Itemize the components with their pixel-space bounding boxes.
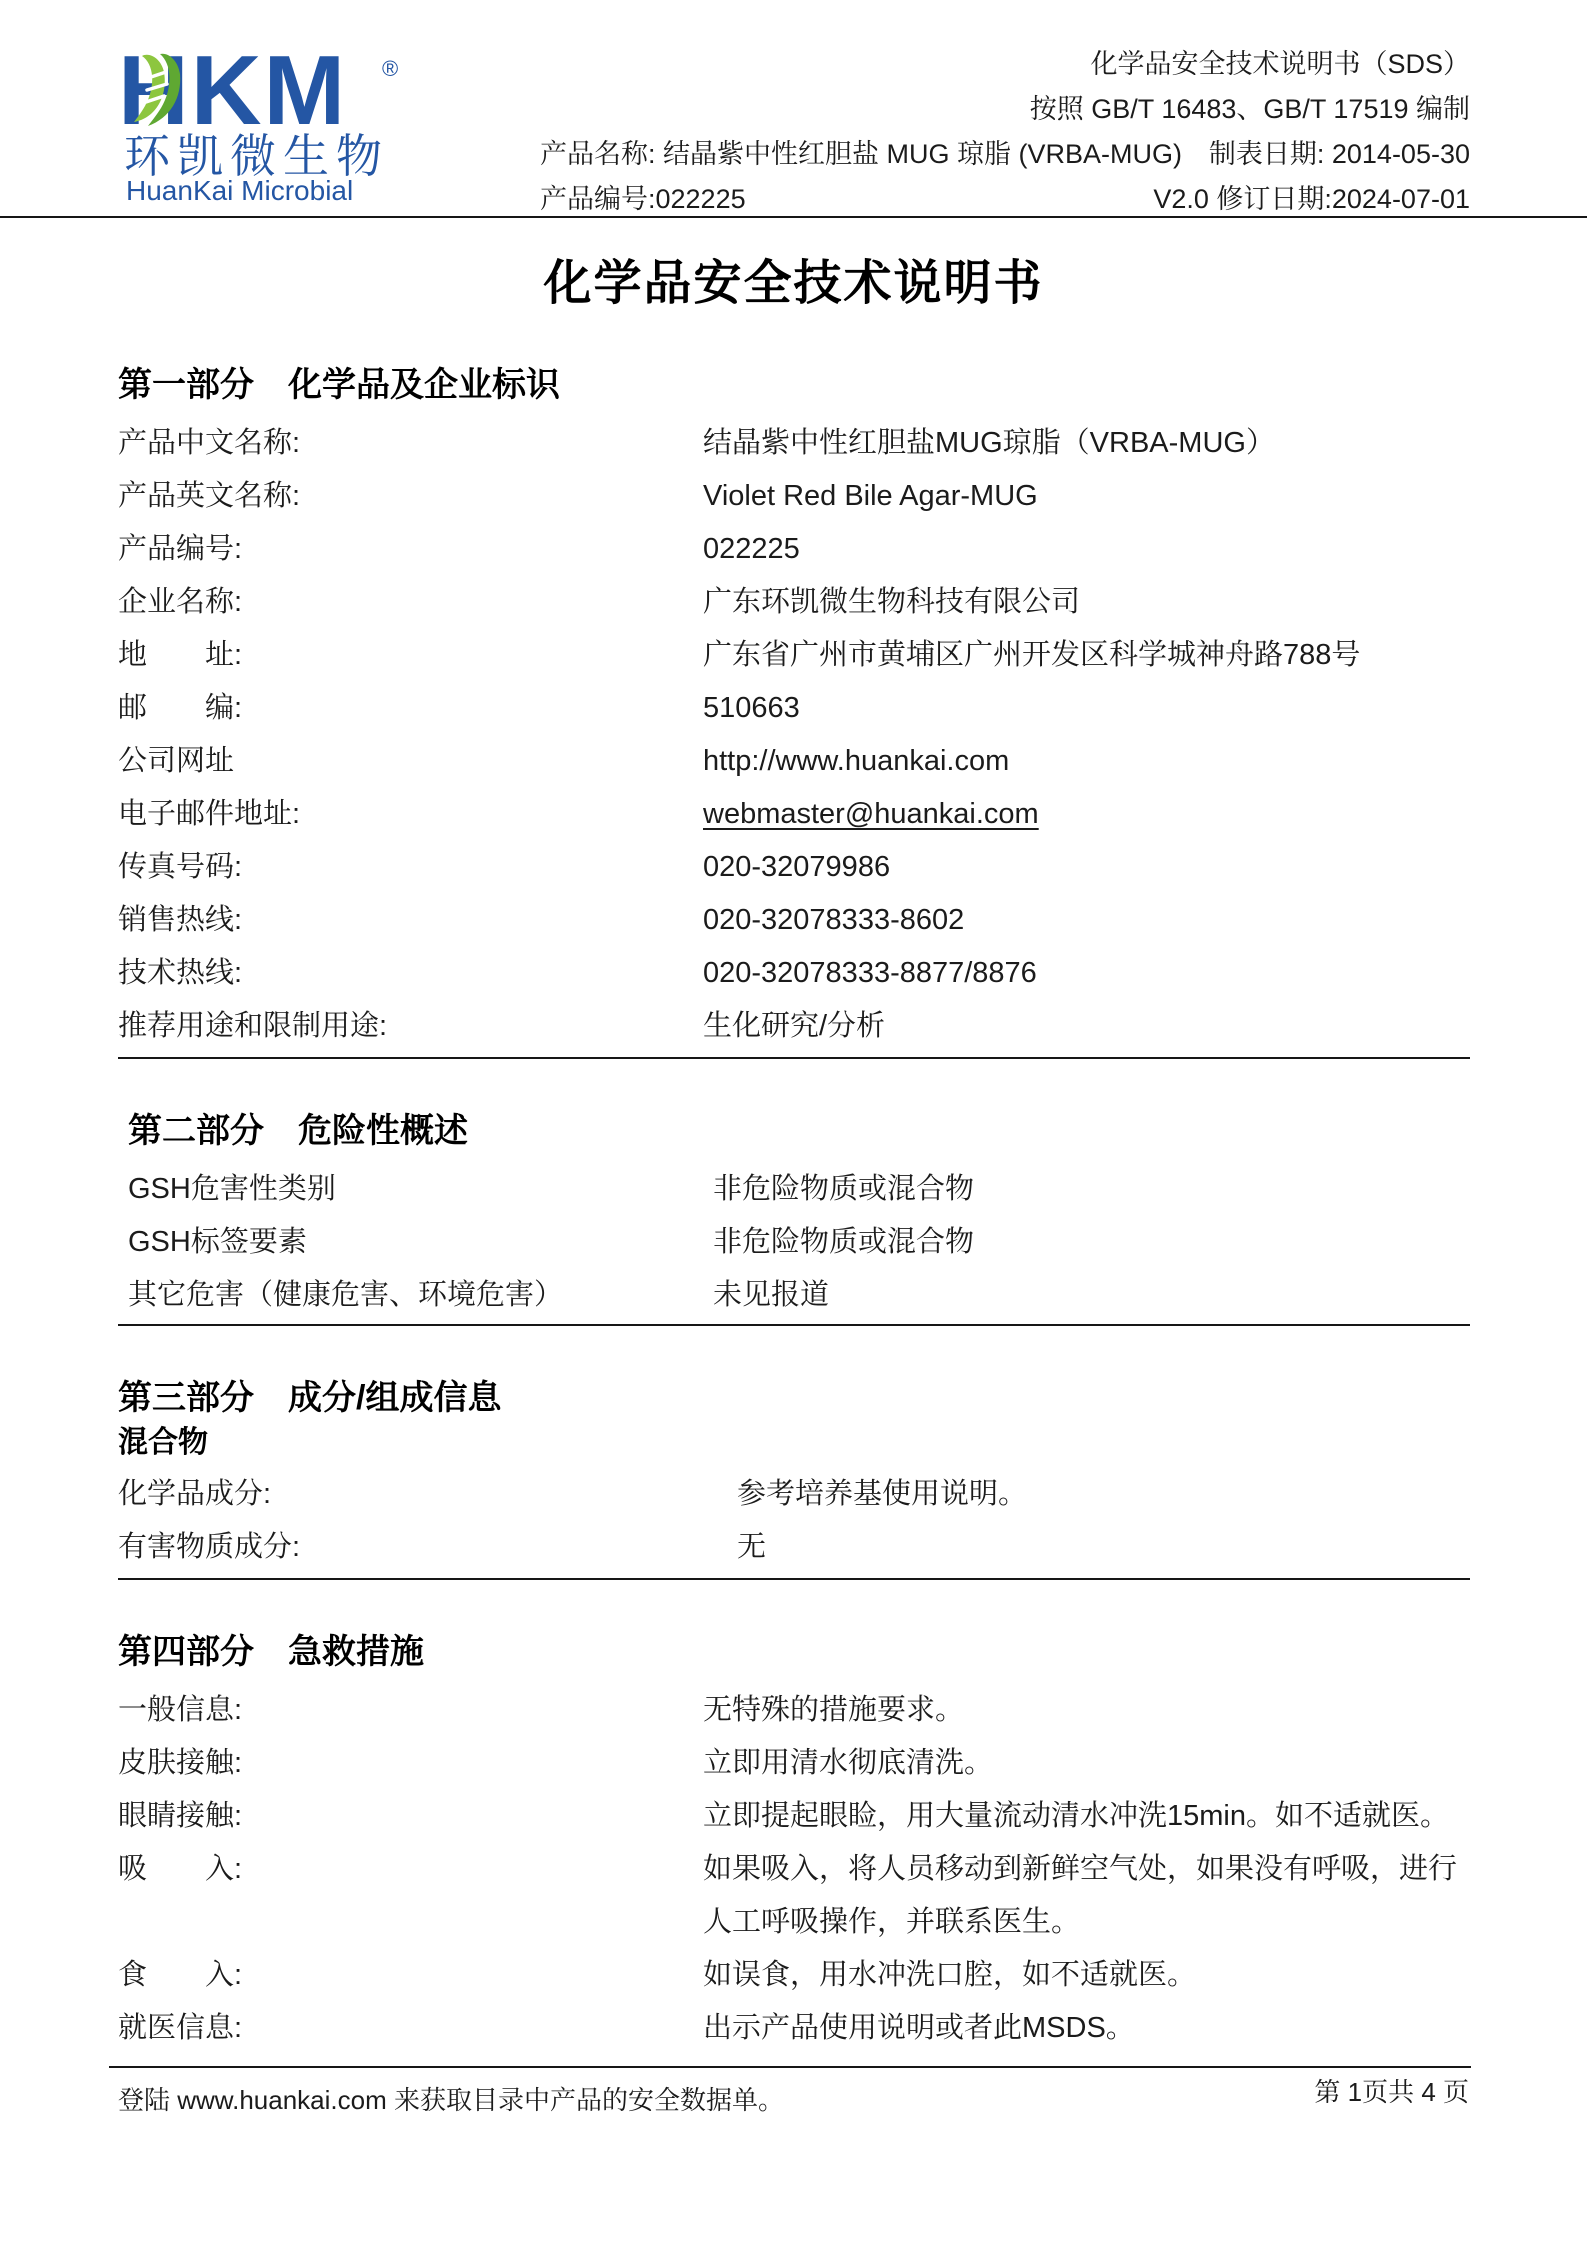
field-label: 产品编号: [118,523,703,576]
standard-line: 按照 GB/T 16483、GB/T 17519 编制 [540,87,1470,132]
section1-rows: 产品中文名称: 结晶紫中性红胆盐MUG琼脂（VRBA-MUG） 产品英文名称: … [118,417,1470,1053]
field-value: 无特殊的措施要求。 [703,1684,1470,1737]
field-row: 技术热线: 020-32078333-8877/8876 [118,947,1470,1000]
field-row: 电子邮件地址: webmaster@huankai.com [118,788,1470,841]
field-label: 推荐用途和限制用途: [118,1000,703,1053]
field-row: 销售热线: 020-32078333-8602 [118,894,1470,947]
field-label: 眼睛接触: [118,1790,703,1843]
product-code-line: 产品编号:022225 [540,177,746,222]
field-label: 化学品成分: [118,1468,737,1521]
field-value: 020-32078333-8877/8876 [703,947,1470,1000]
field-row: 食 入: 如误食，用水冲洗口腔，如不适就医。 [118,1949,1470,2002]
field-row: 邮 编: 510663 [118,682,1470,735]
field-row: 吸 入: 如果吸入，将人员移动到新鲜空气处，如果没有呼吸，进行人工呼吸操作，并联… [118,1843,1470,1949]
field-label: 地 址: [118,629,703,682]
section1-heading: 第一部分 化学品及企业标识 [118,365,1470,405]
revision-line: V2.0 修订日期:2024-07-01 [1153,177,1470,222]
field-value: 022225 [703,523,1470,576]
header-info-block: 化学品安全技术说明书（SDS） 按照 GB/T 16483、GB/T 17519… [540,42,1470,222]
section2-rows: GSH危害性类别 非危险物质或混合物 GSH标签要素 非危险物质或混合物 其它危… [128,1163,1470,1322]
sds-document-page: HKM ® 环凯微生物 HuanKai Microbial 化学品安全技术说明书… [0,0,1587,2245]
field-value: 立即用清水彻底清洗。 [703,1737,1470,1790]
field-label: 吸 入: [118,1843,703,1949]
field-row: 产品中文名称: 结晶紫中性红胆盐MUG琼脂（VRBA-MUG） [118,417,1470,470]
field-row: 产品编号: 022225 [118,523,1470,576]
product-name-line: 产品名称: 结晶紫中性红胆盐 MUG 琼脂 (VRBA-MUG) [540,132,1182,177]
section-hazards: 第二部分 危险性概述 GSH危害性类别 非危险物质或混合物 GSH标签要素 非危… [0,1111,1587,1322]
section-identification: 第一部分 化学品及企业标识 产品中文名称: 结晶紫中性红胆盐MUG琼脂（VRBA… [0,365,1587,1053]
field-value: 非危险物质或混合物 [713,1163,1470,1216]
website-value: http://www.huankai.com [703,735,1470,788]
field-row: GSH危害性类别 非危险物质或混合物 [128,1163,1470,1216]
section-divider [118,1578,1470,1580]
field-value: 未见报道 [713,1269,1470,1322]
field-value: 非危险物质或混合物 [713,1216,1470,1269]
field-row: 推荐用途和限制用途: 生化研究/分析 [118,1000,1470,1053]
field-row: 地 址: 广东省广州市黄埔区广州开发区科学城神舟路788号 [118,629,1470,682]
field-row: 化学品成分: 参考培养基使用说明。 [118,1468,1470,1521]
field-value: 020-32078333-8602 [703,894,1470,947]
field-row: 皮肤接触: 立即用清水彻底清洗。 [118,1737,1470,1790]
field-value: 020-32079986 [703,841,1470,894]
field-label: GSH标签要素 [128,1216,713,1269]
email-link[interactable]: webmaster@huankai.com [703,798,1039,830]
section3-rows: 化学品成分: 参考培养基使用说明。 有害物质成分: 无 [118,1468,1470,1574]
field-label: 电子邮件地址: [118,788,703,841]
section2-heading: 第二部分 危险性概述 [128,1111,1470,1151]
field-row: 产品英文名称: Violet Red Bile Agar-MUG [118,470,1470,523]
field-label: 产品中文名称: [118,417,703,470]
document-header: HKM ® 环凯微生物 HuanKai Microbial 化学品安全技术说明书… [0,0,1587,218]
field-value: 生化研究/分析 [703,1000,1470,1053]
field-value: 结晶紫中性红胆盐MUG琼脂（VRBA-MUG） [703,417,1470,470]
field-row: 公司网址 http://www.huankai.com [118,735,1470,788]
field-label: 皮肤接触: [118,1737,703,1790]
field-row: 眼睛接触: 立即提起眼睑，用大量流动清水冲洗15min。如不适就医。 [118,1790,1470,1843]
field-label: 销售热线: [118,894,703,947]
section-divider [118,1057,1470,1059]
field-label: 就医信息: [118,2002,703,2055]
field-row: GSH标签要素 非危险物质或混合物 [128,1216,1470,1269]
footer-note: 登陆 www.huankai.com 来获取目录中产品的安全数据单。 [118,2080,784,2117]
page-title: 化学品安全技术说明书 [0,218,1587,313]
field-label: 企业名称: [118,576,703,629]
create-date-line: 制表日期: 2014-05-30 [1209,132,1470,177]
field-label: 邮 编: [118,682,703,735]
field-row: 一般信息: 无特殊的措施要求。 [118,1684,1470,1737]
field-row: 传真号码: 020-32079986 [118,841,1470,894]
registered-trademark-icon: ® [382,56,398,81]
section4-heading: 第四部分 急救措施 [118,1632,1470,1672]
field-value: 出示产品使用说明或者此MSDS。 [703,2002,1470,2055]
section3-subheading: 混合物 [118,1418,1470,1468]
field-value: Violet Red Bile Agar-MUG [703,470,1470,523]
field-row: 其它危害（健康危害、环境危害） 未见报道 [128,1269,1470,1322]
field-label: 其它危害（健康危害、环境危害） [128,1269,713,1322]
field-label: 有害物质成分: [118,1521,737,1574]
field-row: 有害物质成分: 无 [118,1521,1470,1574]
field-label: 产品英文名称: [118,470,703,523]
section-first-aid: 第四部分 急救措施 一般信息: 无特殊的措施要求。 皮肤接触: 立即用清水彻底清… [0,1632,1587,2055]
field-value: 广东环凯微生物科技有限公司 [703,576,1470,629]
hkm-logo-graphic: HKM ® 环凯微生物 HuanKai Microbial [118,50,430,208]
field-label: 技术热线: [118,947,703,1000]
field-label: 传真号码: [118,841,703,894]
field-value: 立即提起眼睑，用大量流动清水冲洗15min。如不适就医。 [703,1790,1470,1843]
page-footer: 登陆 www.huankai.com 来获取目录中产品的安全数据单。 第 1页共… [109,2066,1471,2117]
field-label: GSH危害性类别 [128,1163,713,1216]
section-divider [118,1324,1470,1326]
doc-type-line: 化学品安全技术说明书（SDS） [540,42,1470,87]
field-label: 公司网址 [118,735,703,788]
field-row: 企业名称: 广东环凯微生物科技有限公司 [118,576,1470,629]
field-value: 广东省广州市黄埔区广州开发区科学城神舟路788号 [703,629,1470,682]
section4-rows: 一般信息: 无特殊的措施要求。 皮肤接触: 立即用清水彻底清洗。 眼睛接触: 立… [118,1684,1470,2055]
logo-company-en: HuanKai Microbial [126,175,353,206]
field-label: 一般信息: [118,1684,703,1737]
field-value: 无 [737,1521,1470,1574]
field-value: 如误食，用水冲洗口腔，如不适就医。 [703,1949,1470,2002]
section3-heading: 第三部分 成分/组成信息 [118,1378,1470,1418]
company-logo: HKM ® 环凯微生物 HuanKai Microbial [118,50,430,208]
field-value: 如果吸入，将人员移动到新鲜空气处，如果没有呼吸，进行人工呼吸操作，并联系医生。 [703,1843,1470,1949]
field-label: 食 入: [118,1949,703,2002]
field-value: 参考培养基使用说明。 [737,1468,1470,1521]
field-value: 510663 [703,682,1470,735]
field-row: 就医信息: 出示产品使用说明或者此MSDS。 [118,2002,1470,2055]
section-composition: 第三部分 成分/组成信息 混合物 化学品成分: 参考培养基使用说明。 有害物质成… [0,1378,1587,1574]
page-number: 第 1页共 4 页 [1314,2072,1469,2109]
